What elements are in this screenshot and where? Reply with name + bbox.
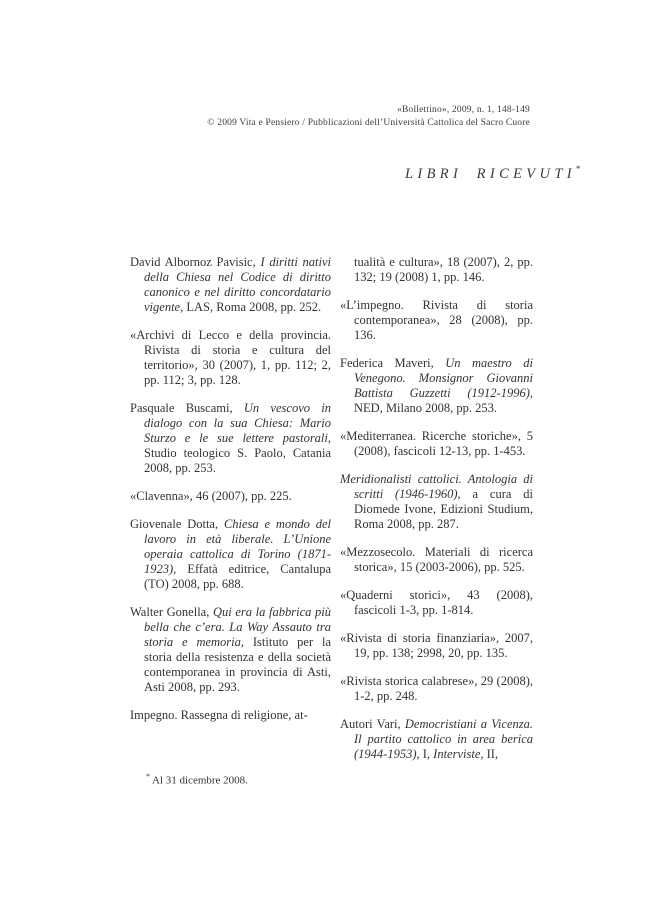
entry-text: Pasquale Buscami, xyxy=(130,401,244,415)
entry-work-title: Interviste xyxy=(433,747,480,761)
entry-text: «Mediterranea. Ricerche storiche», 5 (20… xyxy=(340,429,533,458)
bibliography-entry: Walter Gonella, Qui era la fabbrica più … xyxy=(130,605,331,695)
footnote: *Al 31 dicembre 2008. xyxy=(130,770,347,788)
entry-text: «Archivi di Lecco e della provincia. Riv… xyxy=(130,328,331,387)
journal-page: «Bollettino», 2009, n. 1, 148-149 © 2009… xyxy=(0,0,650,916)
entry-text: Federica Maveri, xyxy=(340,356,445,370)
entry-text: «Mezzosecolo. Materiali di ricerca stori… xyxy=(340,545,533,574)
entry-text: , LAS, Roma 2008, pp. 252. xyxy=(180,300,321,314)
entry-text: , II, xyxy=(480,747,498,761)
entry-text: Impegno. Rassegna di religione, at- xyxy=(130,708,308,722)
entry-text: «Rivista di storia finanziaria», 2007, 1… xyxy=(340,631,533,660)
bibliography-entry: «Clavenna», 46 (2007), pp. 225. xyxy=(130,489,331,504)
bibliography-entry: David Albornoz Pavisic, I diritti nativi… xyxy=(130,255,331,315)
bibliography-entry: tualità e cultura», 18 (2007), 2, pp. 13… xyxy=(340,255,533,285)
entry-text: David Albornoz Pavisic, xyxy=(130,255,260,269)
footnote-text: Al 31 dicembre 2008. xyxy=(152,775,248,787)
bibliography-entry: Federica Maveri, Un maestro di Venegono.… xyxy=(340,356,533,416)
bibliography-left-column: David Albornoz Pavisic, I diritti nativi… xyxy=(130,255,331,736)
bibliography-entry: «L’impegno. Rivista di storia contempora… xyxy=(340,298,533,343)
footnote-marker: * xyxy=(146,772,150,781)
entry-text: , I, xyxy=(417,747,434,761)
entry-text: «Rivista storica calabrese», 29 (2008), … xyxy=(340,674,533,703)
bibliography-entry: «Rivista storica calabrese», 29 (2008), … xyxy=(340,674,533,704)
page-title-text: LIBRI RICEVUTI xyxy=(405,166,576,182)
entry-text: «L’impegno. Rivista di storia contempora… xyxy=(340,298,533,342)
copyright-line: © 2009 Vita e Pensiero / Pubblicazioni d… xyxy=(0,117,530,130)
bibliography-entry: «Mezzosecolo. Materiali di ricerca stori… xyxy=(340,545,533,575)
page-title: LIBRI RICEVUTI* xyxy=(405,164,580,183)
entry-text: «Quaderni storici», 43 (2008), fascicoli… xyxy=(340,588,533,617)
bibliography-entry: Giovenale Dotta, Chiesa e mondo del lavo… xyxy=(130,517,331,592)
title-footnote-marker: * xyxy=(576,164,581,174)
entry-text: Giovenale Dotta, xyxy=(130,517,224,531)
journal-reference-line: «Bollettino», 2009, n. 1, 148-149 xyxy=(0,104,530,117)
entry-text: «Clavenna», 46 (2007), pp. 225. xyxy=(130,489,292,503)
entry-text: Autori Vari, xyxy=(340,717,405,731)
bibliography-entry: «Mediterranea. Ricerche storiche», 5 (20… xyxy=(340,429,533,459)
bibliography-entry: «Quaderni storici», 43 (2008), fascicoli… xyxy=(340,588,533,618)
entry-text: tualità e cultura», 18 (2007), 2, pp. 13… xyxy=(354,255,533,284)
bibliography-entry: Impegno. Rassegna di religione, at- xyxy=(130,708,331,723)
bibliography-right-column: tualità e cultura», 18 (2007), 2, pp. 13… xyxy=(340,255,533,775)
bibliography-entry: Autori Vari, Democristiani a Vicenza. Il… xyxy=(340,717,533,762)
bibliography-entry: Meridionalisti cattolici. Antologia di s… xyxy=(340,472,533,532)
entry-text: , Effatà editrice, Cantalupa (TO) 2008, … xyxy=(144,562,331,591)
bibliography-entry: Pasquale Buscami, Un vescovo in dialogo … xyxy=(130,401,331,476)
entry-text: Walter Gonella, xyxy=(130,605,213,619)
journal-header: «Bollettino», 2009, n. 1, 148-149 © 2009… xyxy=(0,104,530,130)
bibliography-entry: «Archivi di Lecco e della provincia. Riv… xyxy=(130,328,331,388)
bibliography-entry: «Rivista di storia finanziaria», 2007, 1… xyxy=(340,631,533,661)
